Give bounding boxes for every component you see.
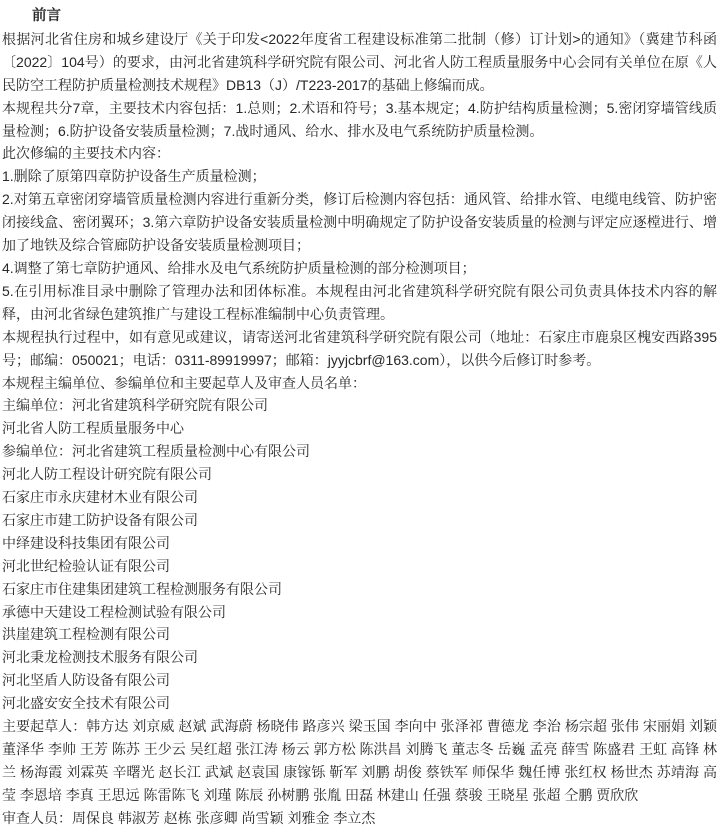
participating-unit-line: 洪崖建筑工程检测有限公司 (2, 623, 717, 646)
reviewers-line: 审查人员：周保良 韩淑芳 赵栋 张彦卿 尚雪颖 刘雅金 李立杰 (2, 807, 717, 826)
participating-unit-line: 石家庄市永庆建材木业有限公司 (2, 486, 717, 509)
participating-unit-line: 河北坚盾人防设备有限公司 (2, 669, 717, 692)
participating-unit-line: 河北秉龙检测技术服务有限公司 (2, 646, 717, 669)
chief-unit-line: 主编单位：河北省建筑科学研究院有限公司 (2, 394, 717, 417)
drafters-line: 主要起草人：韩方达 刘京威 赵斌 武海蔚 杨晓伟 路彦兴 梁玉国 李向中 张泽祁… (2, 715, 717, 807)
participating-unit-line: 石家庄市住建集团建筑工程检测服务有限公司 (2, 578, 717, 601)
participating-unit-line: 河北盛安安全技术有限公司 (2, 692, 717, 715)
intro-paragraph-revision-heading: 此次修编的主要技术内容： (2, 142, 717, 165)
revision-item-1: 1.删除了原第四章防护设备生产质量检测； (2, 165, 717, 188)
units-list-heading: 本规程主编单位、参编单位和主要起草人及审查人员名单： (2, 372, 717, 395)
page-title: 前言 (2, 5, 717, 28)
chief-unit-line: 河北省人防工程质量服务中心 (2, 417, 717, 440)
revision-item-4: 4.调整了第七章防护通风、给排水及电气系统防护质量检测的部分检测项目； (2, 257, 717, 280)
participating-unit-line: 承德中天建设工程检测试验有限公司 (2, 601, 717, 624)
document-body: 前言 根据河北省住房和城乡建设厅《关于印发<2022年度省工程建设标准第二批制（… (0, 0, 718, 826)
intro-paragraph-basis: 根据河北省住房和城乡建设厅《关于印发<2022年度省工程建设标准第二批制（修）订… (2, 28, 717, 97)
participating-unit-line: 石家庄市建工防护设备有限公司 (2, 509, 717, 532)
participating-unit-line: 河北世纪检验认证有限公司 (2, 555, 717, 578)
revision-item-2-3: 2.对第五章密闭穿墙管质量检测内容进行重新分类，修订后检测内容包括：通风管、给排… (2, 188, 717, 257)
participating-unit-line: 参编单位：河北省建筑工程质量检测中心有限公司 (2, 440, 717, 463)
intro-paragraph-chapters: 本规程共分7章，主要技术内容包括：1.总则；2.术语和符号；3.基本规定；4.防… (2, 97, 717, 143)
participating-unit-line: 河北人防工程设计研究院有限公司 (2, 463, 717, 486)
revision-item-5: 5.在引用标准目录中删除了管理办法和团体标准。本规程由河北省建筑科学研究院有限公… (2, 280, 717, 326)
feedback-paragraph: 本规程执行过程中，如有意见或建议，请寄送河北省建筑科学研究院有限公司（地址：石家… (2, 326, 717, 372)
participating-unit-line: 中绎建设科技集团有限公司 (2, 532, 717, 555)
